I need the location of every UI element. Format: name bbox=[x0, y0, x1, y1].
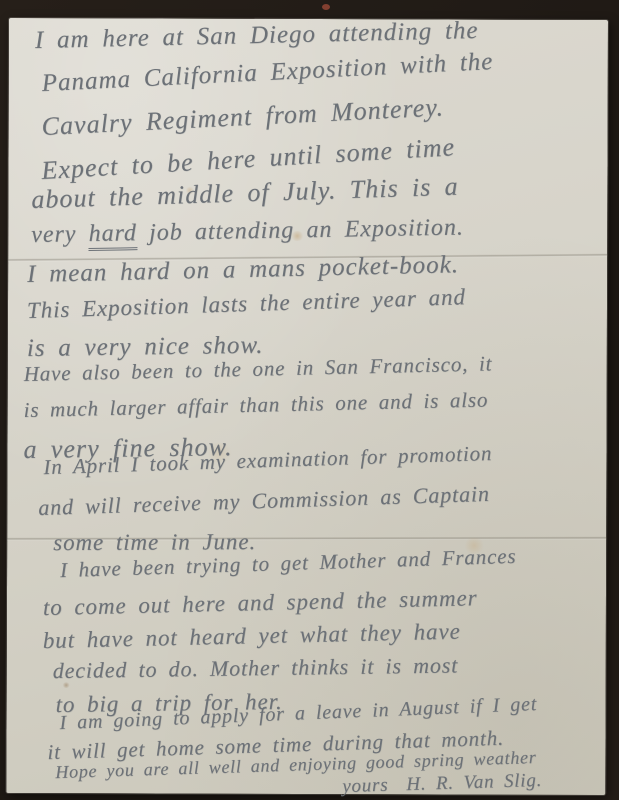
frame-stain-dot bbox=[322, 4, 330, 10]
signature-name: H. R. Van Slig. bbox=[406, 770, 542, 795]
photo-background: I am here at San Diego attending the Pan… bbox=[0, 0, 619, 800]
letter-line: This Exposition lasts the entire year an… bbox=[27, 284, 467, 324]
letter-line: Panama California Exposition with the bbox=[41, 48, 494, 98]
letter-line: Cavalry Regiment from Monterey. bbox=[41, 92, 445, 142]
letter-line-segment: job attending an Exposition. bbox=[137, 214, 464, 246]
letter-line: very hard job attending an Exposition. bbox=[31, 214, 464, 249]
letter-line: I am here at San Diego attending the bbox=[35, 17, 479, 55]
letter-line: decided to do. Mother thinks it is most bbox=[53, 652, 459, 684]
letter-line: and will receive my Commission as Captai… bbox=[38, 481, 490, 521]
underlined-word: hard bbox=[88, 220, 137, 251]
letter-line: to come out here and spend the summer bbox=[43, 585, 478, 621]
letter-page: I am here at San Diego attending the Pan… bbox=[6, 18, 608, 795]
letter-line: I mean hard on a mans pocket-book. bbox=[27, 251, 459, 289]
letter-line: is much larger affair than this one and … bbox=[23, 387, 488, 423]
signature: yoursH. R. Van Slig. bbox=[342, 770, 542, 798]
letter-line-segment: very bbox=[31, 221, 89, 248]
letter-line: but have not heard yet what they have bbox=[43, 619, 461, 654]
signature-closing: yours bbox=[342, 775, 389, 797]
